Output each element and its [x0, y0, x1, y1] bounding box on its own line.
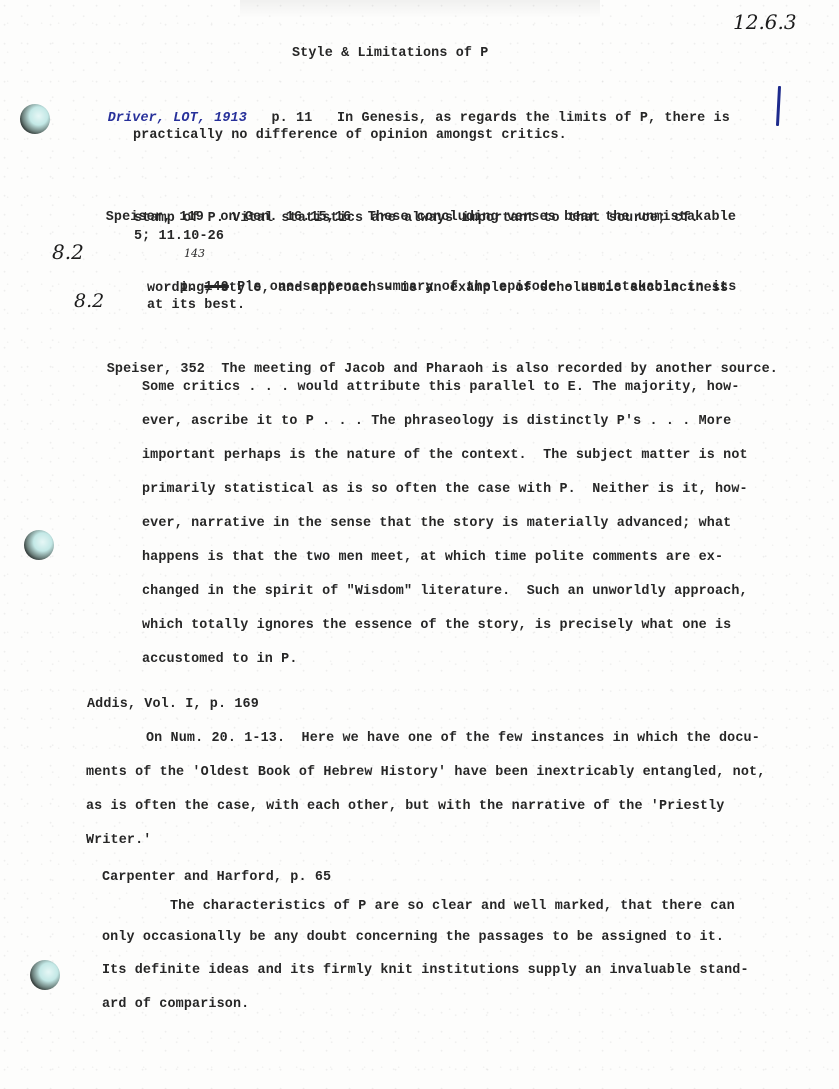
- quote-line: ever, ascribe it to P . . . The phraseol…: [142, 414, 731, 430]
- quote-line: only occasionally be any doubt concernin…: [102, 930, 724, 946]
- quote-line: Its definite ideas and its firmly knit i…: [102, 963, 749, 979]
- margin-note: 8.2: [74, 290, 104, 312]
- quote-line: The meeting of Jacob and Pharaoh is also…: [221, 362, 778, 377]
- page-number: 12.6.3: [733, 10, 797, 34]
- citation: Carpenter and Harford, p. 65: [102, 870, 331, 886]
- quote-line: Some critics . . . would attribute this …: [142, 380, 740, 396]
- scan-smudge: [240, 0, 600, 18]
- quote-line: happens is that the two men meet, at whi…: [142, 550, 723, 566]
- quote-line: at its best.: [147, 298, 245, 314]
- quote-line: On Num. 20. 1-13. Here we have one of th…: [146, 731, 760, 747]
- quote-line: primarily statistical as is so often the…: [142, 482, 748, 498]
- quote-line: practically no difference of opinion amo…: [133, 128, 567, 144]
- paper-texture: [0, 0, 839, 1089]
- quote-line: 5; 11.10-26: [134, 229, 224, 245]
- margin-pen-mark: [776, 86, 781, 126]
- quote-line: changed in the spirit of "Wisdom" litera…: [142, 584, 748, 600]
- quote-line: ments of the 'Oldest Book of Hebrew Hist…: [86, 765, 765, 781]
- corrected-page-number: 143: [184, 247, 205, 260]
- quote-line: which totally ignores the essence of the…: [142, 618, 731, 634]
- citation: Addis, Vol. I, p. 169: [87, 697, 259, 713]
- quote-line: Writer.': [86, 833, 152, 849]
- quote-line: important perhaps is the nature of the c…: [142, 448, 748, 464]
- quote-line: stamp of P. Vital statistics are always …: [134, 211, 699, 227]
- page-ref: p. 11: [271, 111, 312, 126]
- page-title: Style & Limitations of P: [292, 46, 488, 62]
- quote-line: wording, style, and approach - is an exa…: [147, 281, 728, 297]
- punch-hole-top: [20, 104, 50, 134]
- quote-line: The characteristics of P are so clear an…: [170, 899, 735, 915]
- quote-line: In Genesis, as regards the limits of P, …: [337, 111, 730, 126]
- quote-line: as is often the case, with each other, b…: [86, 799, 724, 815]
- quote-line: accustomed to in P.: [142, 652, 298, 668]
- citation: Driver, LOT, 1913: [108, 111, 247, 126]
- margin-note: 8.2: [52, 240, 84, 264]
- quote-line: ard of comparison.: [102, 997, 249, 1013]
- citation: Speiser, 352: [107, 362, 205, 377]
- quote-line: ever, narrative in the sense that the st…: [142, 516, 731, 532]
- punch-hole-bottom: [30, 960, 60, 990]
- punch-hole-middle: [24, 530, 54, 560]
